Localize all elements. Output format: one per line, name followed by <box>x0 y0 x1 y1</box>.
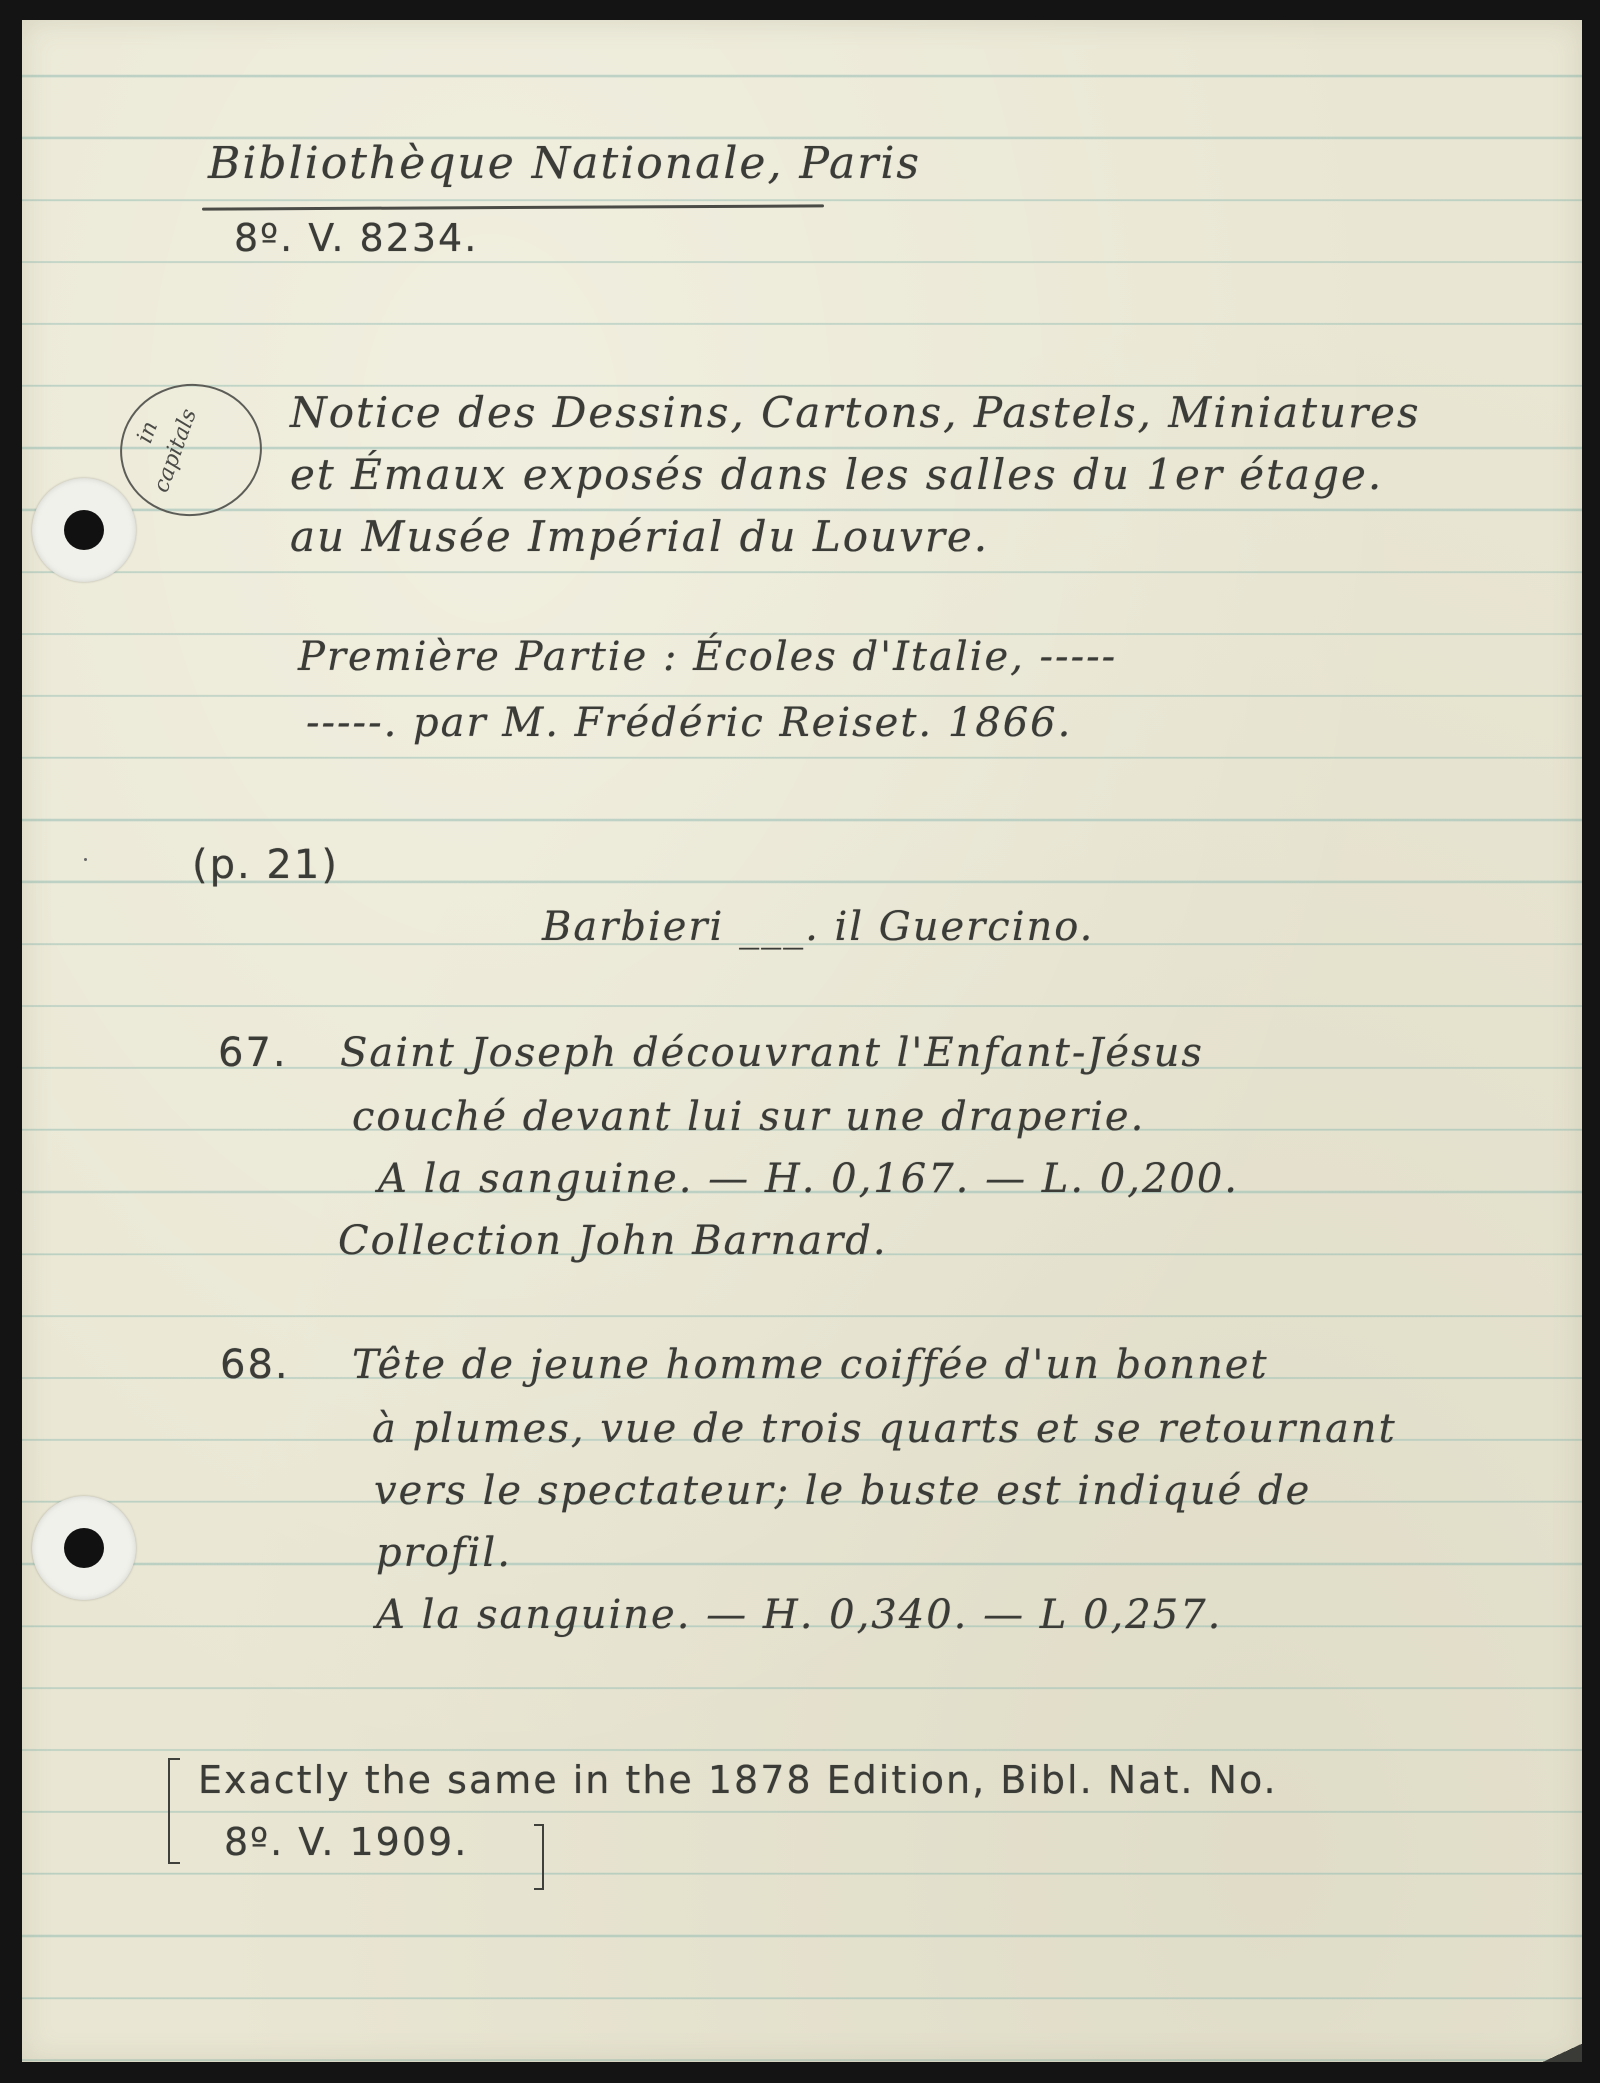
artist-name: Barbieri ___. il Guercino. <box>542 904 1094 950</box>
page-reference: (p. 21) <box>192 842 339 888</box>
entry-67-line-2: couché devant lui sur une draperie. <box>352 1094 1145 1140</box>
corner-fold <box>1542 2044 1582 2062</box>
entry-68-line-5: A la sanguine. — H. 0,340. — L 0,257. <box>376 1592 1222 1638</box>
entry-68-line-3: vers le spectateur; le buste est indiqué… <box>374 1468 1311 1514</box>
title-line-3: au Musée Impérial du Louvre. <box>290 512 989 561</box>
subtitle-line-1: Première Partie : Écoles d'Italie, ----- <box>298 634 1117 680</box>
entry-67-line-1: Saint Joseph découvrant l'Enfant-Jésus <box>340 1030 1204 1076</box>
margin-note-circle: in capitals <box>112 375 271 525</box>
punch-hole-top <box>32 478 136 582</box>
entry-67-number: 67. <box>218 1030 288 1076</box>
footnote-line-2: 8º. V. 1909. <box>224 1820 468 1864</box>
shelfmark: 8º. V. 8234. <box>234 216 478 260</box>
footnote-bracket-right <box>534 1824 544 1890</box>
entry-68-line-2: à plumes, vue de trois quarts et se reto… <box>372 1406 1397 1452</box>
footnote-line-1: Exactly the same in the 1878 Edition, Bi… <box>198 1758 1278 1802</box>
entry-68-line-1: Tête de jeune homme coiffée d'un bonnet <box>352 1342 1269 1388</box>
handwritten-page: Bibliothèque Nationale, Paris 8º. V. 823… <box>22 20 1582 2062</box>
entry-67-line-3: A la sanguine. — H. 0,167. — L. 0,200. <box>378 1156 1239 1202</box>
library-heading: Bibliothèque Nationale, Paris <box>208 138 921 189</box>
entry-68-line-4: profil. <box>376 1530 512 1576</box>
entry-68-number: 68. <box>220 1342 290 1388</box>
subtitle-line-2: -----. par M. Frédéric Reiset. 1866. <box>306 700 1072 746</box>
library-heading-underline <box>202 204 824 210</box>
stray-mark <box>84 858 87 861</box>
punch-hole-bottom <box>32 1496 136 1600</box>
title-line-2: et Émaux exposés dans les salles du 1er … <box>290 450 1383 499</box>
margin-note-capitals: capitals <box>149 406 202 496</box>
footnote-bracket-left <box>168 1758 180 1864</box>
margin-note-in: in <box>132 418 163 446</box>
entry-67-line-4: Collection John Barnard. <box>338 1218 888 1264</box>
title-line-1: Notice des Dessins, Cartons, Pastels, Mi… <box>290 388 1421 437</box>
